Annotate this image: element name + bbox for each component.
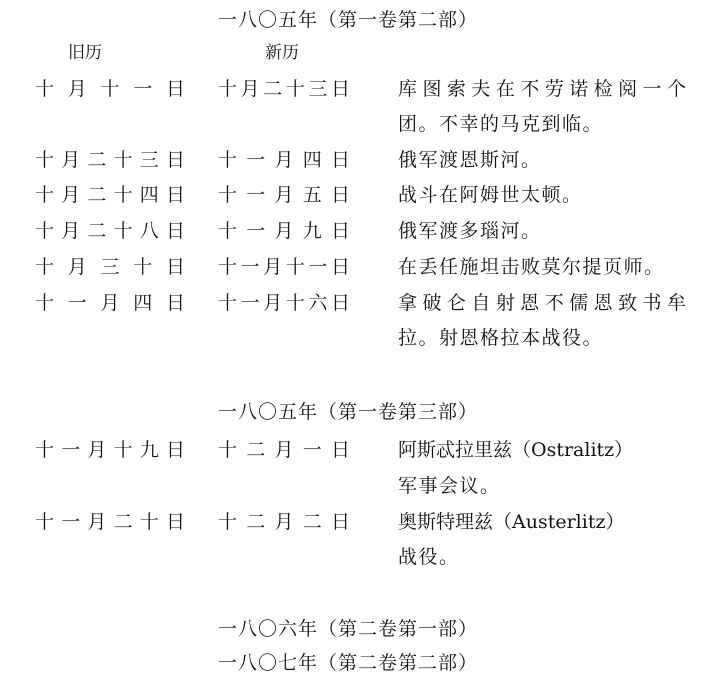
old-date: 十月二十八日 — [35, 219, 185, 243]
new-date: 十一月十六日 — [218, 291, 350, 315]
new-date: 十月二十三日 — [218, 77, 350, 101]
old-date: 十一月十九日 — [35, 438, 185, 462]
old-date: 十月二十三日 — [35, 148, 185, 172]
section-heading: 一八〇六年（第二卷第一部） — [218, 617, 478, 641]
column-header-new-calendar: 新历 — [265, 41, 299, 65]
new-date: 十一月五日 — [218, 183, 350, 207]
old-date: 十一月二十日 — [35, 510, 185, 534]
event-text: 奥斯特理兹（Austerlitz） — [398, 510, 624, 534]
old-date: 十月十一日 — [35, 77, 185, 101]
old-date: 十月三十日 — [35, 255, 185, 279]
old-date: 十一月四日 — [35, 291, 185, 315]
column-header-old-calendar: 旧历 — [68, 41, 102, 65]
event-text: 在丢任施坦击败莫尔提页师。 — [398, 255, 665, 279]
event-text: 团。不幸的马克到临。 — [398, 112, 603, 136]
section-heading: 一八〇五年（第一卷第三部） — [218, 400, 478, 424]
event-text: 战斗在阿姆世太顿。 — [398, 183, 583, 207]
new-date: 十二月一日 — [218, 438, 350, 462]
event-text: 库图索夫在不劳诺检阅一个 — [398, 77, 686, 101]
event-text: 俄军渡恩斯河。 — [398, 148, 542, 172]
event-text: 俄军渡多瑙河。 — [398, 219, 542, 243]
event-text: 军事会议。 — [398, 474, 501, 498]
new-date: 十一月九日 — [218, 219, 350, 243]
event-text: 战役。 — [398, 545, 460, 569]
new-date: 十一月四日 — [218, 148, 350, 172]
section-heading: 一八〇七年（第二卷第二部） — [218, 651, 478, 675]
event-text: 拉。射恩格拉本战役。 — [398, 326, 603, 350]
section-heading: 一八〇五年（第一卷第二部） — [218, 8, 478, 32]
old-date: 十月二十四日 — [35, 183, 185, 207]
event-text: 拿破仑自射恩不儒恩致书牟 — [398, 291, 686, 315]
new-date: 十二月二日 — [218, 510, 350, 534]
new-date: 十一月十一日 — [218, 255, 350, 279]
event-text: 阿斯忒拉里兹（Ostralitz） — [398, 438, 633, 462]
